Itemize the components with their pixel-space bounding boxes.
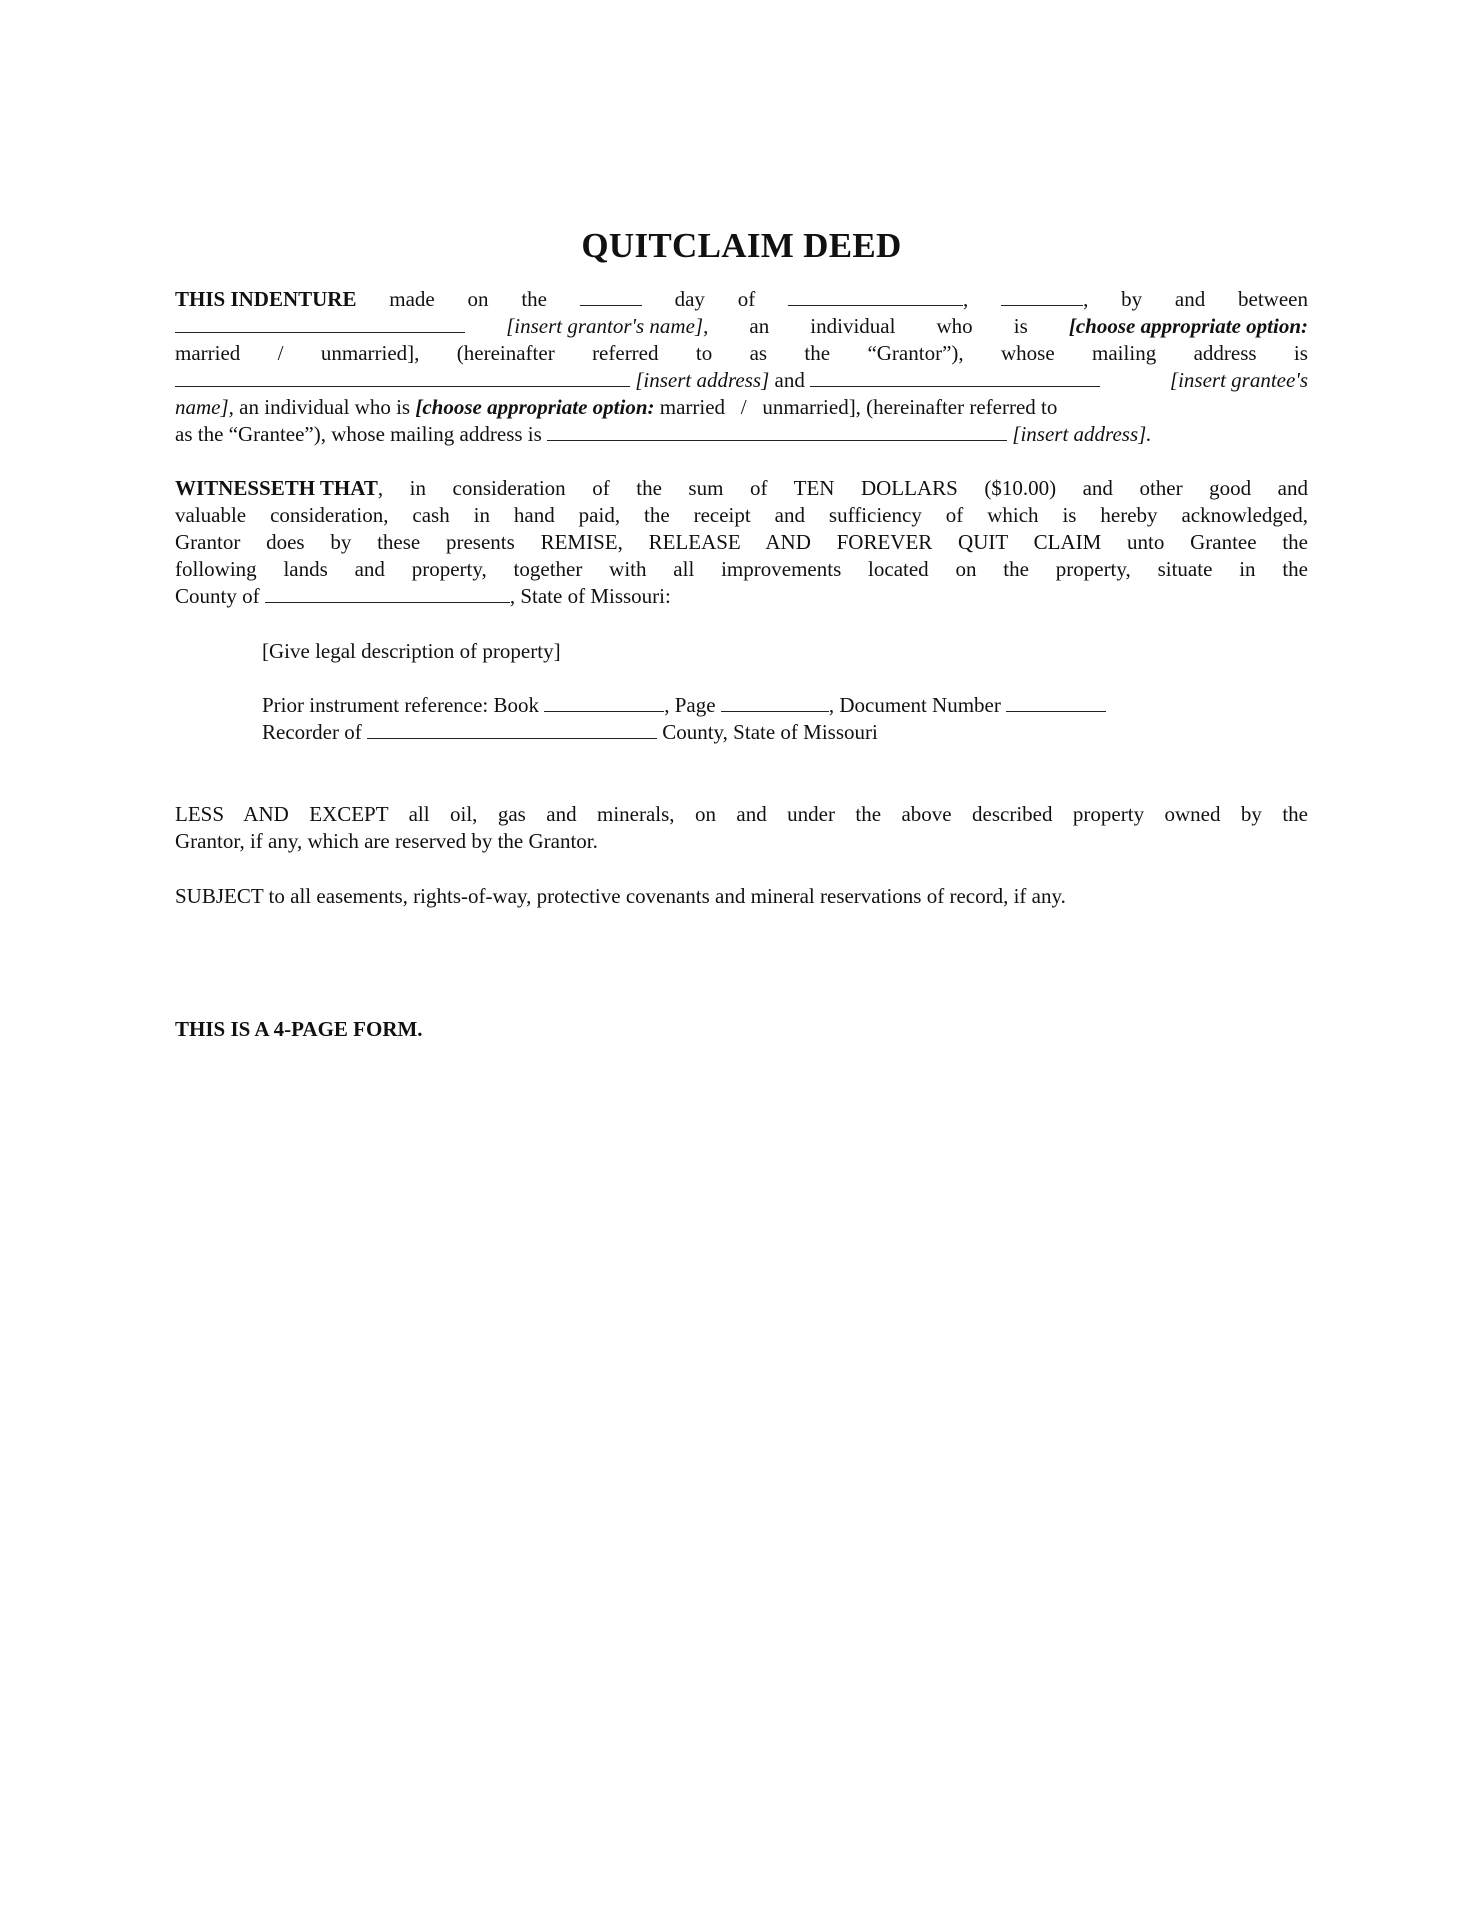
insert-address-hint: [insert address] <box>635 367 769 394</box>
word: address <box>1194 340 1257 367</box>
footer-note-text: THIS IS A 4-PAGE FORM. <box>175 1016 423 1043</box>
text: an individual who is <box>239 394 410 421</box>
witnesseth-line-5: County of , State of Missouri: <box>175 583 1308 610</box>
indenture-lead: THIS INDENTURE <box>175 286 356 313</box>
indenture-line-5: name], an individual who is [choose appr… <box>175 394 1308 421</box>
recorder-suffix: County, State of Missouri <box>662 719 878 746</box>
text: SUBJECT to all easements, rights-of-way,… <box>175 883 1066 910</box>
subject-to-clause: SUBJECT to all easements, rights-of-way,… <box>175 883 1308 910</box>
option-slash: / <box>278 340 284 367</box>
grantor-address-blank[interactable] <box>175 368 630 387</box>
word: (hereinafter <box>457 340 555 367</box>
indenture-line-6: as the “Grantee”), whose mailing address… <box>175 421 1308 448</box>
grantee-address-blank[interactable] <box>547 422 1007 441</box>
insert-address-hint: [insert address]. <box>1012 421 1151 448</box>
witnesseth-line-4: following lands and property, together w… <box>175 556 1308 583</box>
punct: , <box>1083 287 1088 311</box>
text: unmarried], (hereinafter referred to <box>762 394 1057 421</box>
less-and-except-line-1: LESS AND EXCEPT all oil, gas and mineral… <box>175 801 1308 828</box>
prior-instrument-line: Prior instrument reference: Book , Page … <box>262 692 1262 719</box>
page-label: , Page <box>664 692 715 719</box>
grantor-name-blank[interactable] <box>175 314 465 333</box>
option-married: married <box>660 394 725 421</box>
legal-description: [Give legal description of property] <box>262 638 1262 665</box>
word: made <box>389 286 434 313</box>
witnesseth-line-2: valuable consideration, cash in hand pai… <box>175 502 1308 529</box>
year-blank[interactable] <box>1001 287 1083 306</box>
witnesseth-lead: WITNESSETH THAT <box>175 475 378 502</box>
book-blank[interactable] <box>544 693 664 712</box>
word: referred <box>592 340 658 367</box>
page-blank[interactable] <box>721 693 829 712</box>
document-page: QUITCLAIM DEED THIS INDENTURE made on th… <box>0 0 1483 1920</box>
word: to <box>696 340 712 367</box>
word: an <box>749 313 769 340</box>
word: between <box>1238 286 1308 313</box>
document-title: QUITCLAIM DEED <box>0 226 1483 266</box>
witnesseth-line-1: WITNESSETH THAT, in consideration of the… <box>175 475 1308 502</box>
day-blank[interactable] <box>580 287 642 306</box>
grantor-name-hint: [insert grantor's name], <box>506 313 708 340</box>
page-count-note: THIS IS A 4-PAGE FORM. <box>175 1016 1308 1043</box>
word: on <box>468 286 489 313</box>
text: , State of Missouri: <box>510 583 671 610</box>
text: Grantor, if any, which are reserved by t… <box>175 828 598 855</box>
recorder-label: Recorder of <box>262 719 362 746</box>
word: whose <box>1001 340 1055 367</box>
text: , in consideration of the sum of TEN DOL… <box>378 475 1308 502</box>
punct: , <box>963 287 968 311</box>
indenture-line-1: THIS INDENTURE made on the day of , , by… <box>175 286 1308 313</box>
indenture-line-4: [insert address] and [insert grantee's <box>175 367 1308 394</box>
indenture-line-2: [insert grantor's name], an individual w… <box>175 313 1308 340</box>
grantee-name-blank[interactable] <box>810 368 1100 387</box>
word: of <box>738 286 756 313</box>
word: as <box>750 340 768 367</box>
word: “Grantor”), <box>867 340 963 367</box>
grantee-name-hint-cont: name], <box>175 394 234 421</box>
document-number-label: , Document Number <box>829 692 1001 719</box>
county-blank[interactable] <box>265 584 510 603</box>
word: the <box>521 286 547 313</box>
option-unmarried: unmarried], <box>321 340 420 367</box>
word: the <box>804 340 830 367</box>
option-married: married <box>175 340 240 367</box>
word: and <box>1175 286 1205 313</box>
legal-description-text: [Give legal description of property] <box>262 638 561 665</box>
word: is <box>1294 340 1308 367</box>
word: and <box>775 367 805 394</box>
choose-option-hint: [choose appropriate option: <box>415 394 654 421</box>
book-label: Prior instrument reference: Book <box>262 692 539 719</box>
recorder-line: Recorder of County, State of Missouri <box>262 719 1262 746</box>
text: as the “Grantee”), whose mailing address… <box>175 421 542 448</box>
word: individual <box>810 313 895 340</box>
word: mailing <box>1092 340 1156 367</box>
document-number-blank[interactable] <box>1006 693 1106 712</box>
text: County of <box>175 583 260 610</box>
grantee-name-hint: [insert grantee's <box>1170 367 1308 394</box>
word: is <box>1014 313 1028 340</box>
recorder-county-blank[interactable] <box>367 720 657 739</box>
less-and-except-line-2: Grantor, if any, which are reserved by t… <box>175 828 1308 855</box>
word: who <box>937 313 973 340</box>
witnesseth-line-3: Grantor does by these presents REMISE, R… <box>175 529 1308 556</box>
word: by <box>1121 286 1142 313</box>
month-blank[interactable] <box>788 287 963 306</box>
choose-option-hint: [choose appropriate option: <box>1069 313 1308 340</box>
word: day <box>675 286 705 313</box>
indenture-line-3: married / unmarried], (hereinafter refer… <box>175 340 1308 367</box>
